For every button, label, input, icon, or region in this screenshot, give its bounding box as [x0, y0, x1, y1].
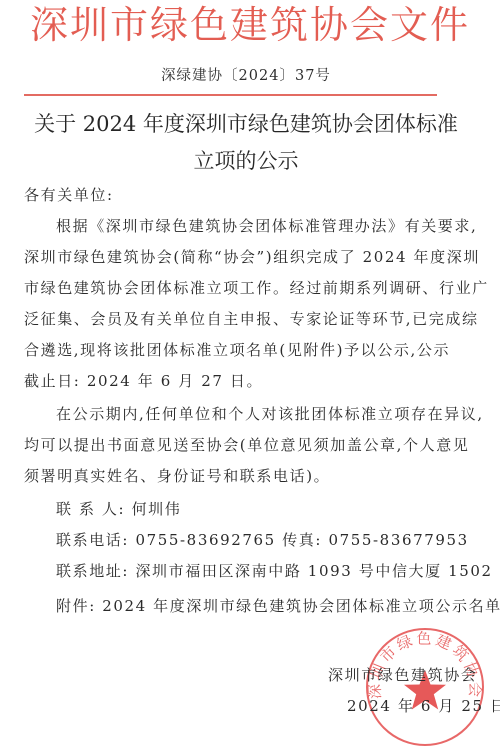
document-number: 深绿建协〔2024〕37号 [0, 66, 492, 86]
contact-phone-value: 0755-83692765 [135, 531, 275, 549]
paragraph-line: 均可以提出书面意见送至协会(单位意见须加盖公章,个人意见 [24, 435, 469, 455]
attachment-title: 2024 年度深圳市绿色建筑协会团体标准立项公示名单 [102, 597, 500, 615]
notice-title-line-1: 关于 2024 年度深圳市绿色建筑协会团体标准 [0, 111, 492, 137]
contact-phone-row: 联系电话: 0755-83692765 传真: 0755-83677953 [56, 530, 469, 550]
paragraph-line: 根据《深圳市绿色建筑协会团体标准管理办法》有关要求, [56, 216, 477, 236]
contact-person-value: 何圳伟 [132, 500, 182, 518]
contact-person-row: 联 系 人: 何圳伟 [56, 499, 181, 519]
contact-address-row: 联系地址: 深圳市福田区深南中路 1093 号中信大厦 1502 [56, 561, 493, 581]
contact-address-value: 深圳市福田区深南中路 1093 号中信大厦 1502 [135, 562, 492, 580]
masthead-title: 深圳市绿色建筑协会文件 [0, 2, 500, 48]
paragraph-line: 泛征集、会员及有关单位自主申报、专家论证等环节,已完成综 [24, 309, 479, 329]
attachment-line: 附件: 2024 年度深圳市绿色建筑协会团体标准立项公示名单 [56, 596, 500, 616]
contact-phone-label: 联系电话: [56, 531, 129, 549]
paragraph-line: 合遴选,现将该批团体标准立项名单(见附件)予以公示,公示 [24, 340, 450, 360]
attachment-label: 附件: [56, 597, 96, 615]
salutation: 各有关单位: [24, 185, 114, 205]
paragraph-line: 深圳市绿色建筑协会(简称“协会”)组织完成了 2024 年度深圳 [24, 247, 480, 267]
paragraph-line: 在公示期内,任何单位和个人对该批团体标准立项存在异议, [56, 404, 484, 424]
contact-fax-value: 0755-83677953 [328, 531, 468, 549]
red-divider-rule [24, 94, 437, 96]
contact-address-label: 联系地址: [56, 562, 129, 580]
signature-date: 2024 年 6 月 25 日 [347, 696, 500, 716]
signature-organization: 深圳市绿色建筑协会 [328, 665, 477, 685]
paragraph-line: 市绿色建筑协会团体标准立项工作。经过前期系列调研、行业广 [24, 278, 489, 298]
contact-person-label: 联 系 人: [56, 500, 125, 518]
notice-title-line-2: 立项的公示 [0, 148, 492, 174]
paragraph-line: 须署明真实姓名、身份证号和联系电话)。 [24, 466, 330, 486]
contact-fax-label: 传真: [282, 531, 322, 549]
paragraph-line: 截止日: 2024 年 6 月 27 日。 [24, 371, 263, 391]
